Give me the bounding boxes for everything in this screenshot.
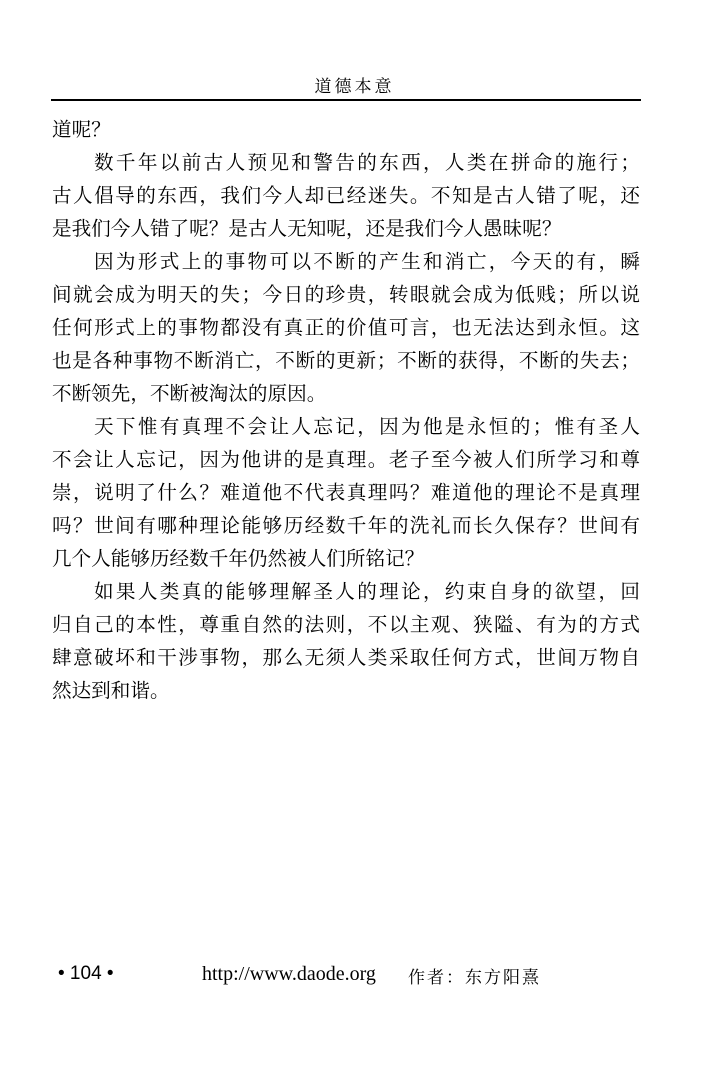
text-line: 是我们今人错了呢？是古人无知呢，还是我们今人愚昧呢？ [52,212,640,245]
website-link[interactable]: http://www.daode.org [202,963,376,986]
header-divider [51,99,641,101]
text-line: 古人倡导的东西，我们今人却已经迷失。不知是古人错了呢，还 [52,179,640,212]
text-line: 数千年以前古人预见和警告的东西，人类在拼命的施行； [52,146,640,179]
text-line: 吗？世间有哪种理论能够历经数千年的洗礼而长久保存？世间有 [52,509,640,542]
page-number: • 104 • [58,963,114,985]
text-line: 肆意破坏和干涉事物，那么无须人类采取任何方式，世间万物自 [52,641,640,674]
text-line: 崇，说明了什么？难道他不代表真理吗？难道他的理论不是真理 [52,476,640,509]
text-line: 不断领先，不断被淘汰的原因。 [52,377,640,410]
text-line: 归自己的本性，尊重自然的法则，不以主观、狭隘、有为的方式 [52,608,640,641]
text-line: 也是各种事物不断消亡，不断的更新；不断的获得，不断的失去； [52,344,640,377]
text-line: 如果人类真的能够理解圣人的理论，约束自身的欲望，回 [52,575,640,608]
text-line: 因为形式上的事物可以不断的产生和消亡，今天的有，瞬 [52,245,640,278]
running-header-title: 道德本意 [0,72,709,97]
text-line: 然达到和谐。 [52,674,640,707]
text-line: 任何形式上的事物都没有真正的价值可言，也无法达到永恒。这 [52,311,640,344]
author-credit: 作者：东方阳熹 [408,963,541,988]
body-text: 道呢？ 数千年以前古人预见和警告的东西，人类在拼命的施行； 古人倡导的东西，我们… [52,113,640,707]
page-footer: • 104 • http://www.daode.org 作者：东方阳熹 [0,963,709,989]
text-line: 间就会成为明天的失；今日的珍贵，转眼就会成为低贱；所以说 [52,278,640,311]
text-line: 天下惟有真理不会让人忘记，因为他是永恒的；惟有圣人 [52,410,640,443]
text-line: 道呢？ [52,113,640,146]
text-line: 几个人能够历经数千年仍然被人们所铭记？ [52,542,640,575]
text-line: 不会让人忘记，因为他讲的是真理。老子至今被人们所学习和尊 [52,443,640,476]
